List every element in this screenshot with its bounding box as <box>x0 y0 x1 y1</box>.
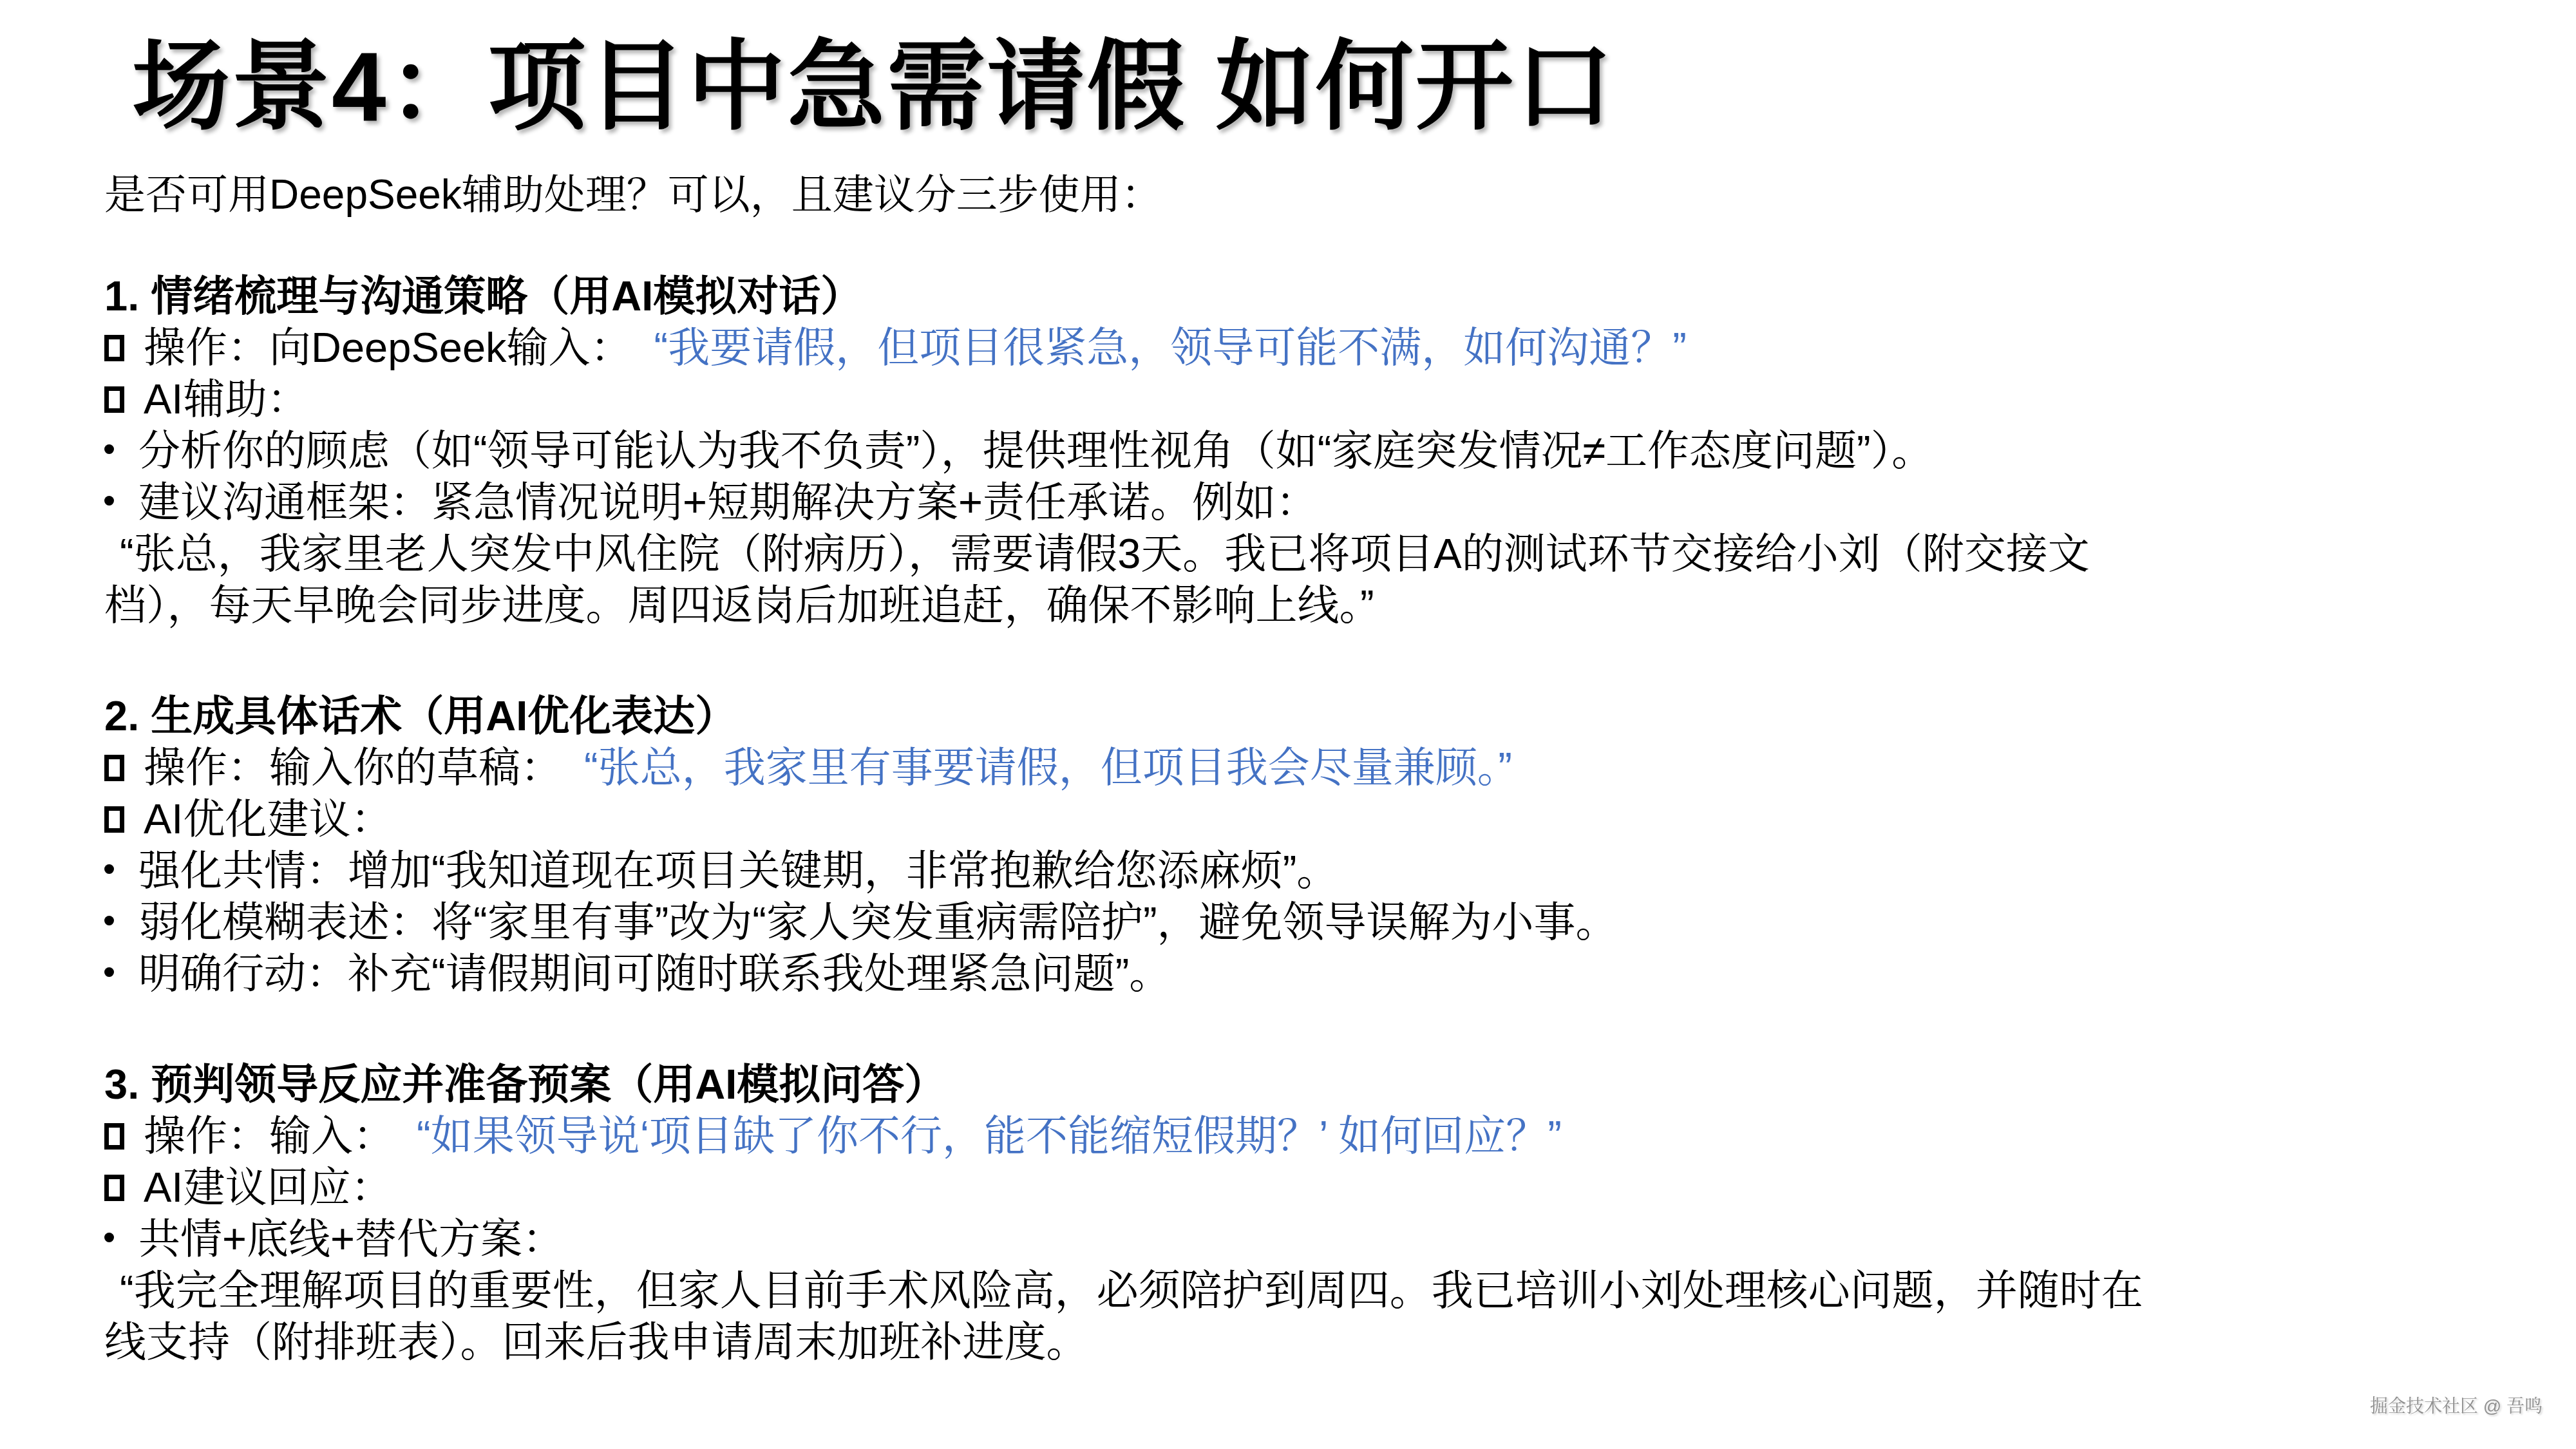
section-2-heading: 2. 生成具体话术（用AI优化表达） <box>104 690 2500 742</box>
section-3-ai-line: AI建议回应： <box>104 1162 2500 1213</box>
checkbox-icon <box>104 806 124 833</box>
action-label: 操作：向DeepSeek输入： <box>144 324 632 371</box>
section-1-example-quote-line-1: “张总，我家里老人突发中风住院（附病历），需要请假3天。我已将项目A的测试环节交… <box>104 528 2500 580</box>
bullet-text: 强化共情：增加“我知道现在项目关键期，非常抱歉给您添麻烦”。 <box>138 847 1338 894</box>
section-1-action-line: 操作：向DeepSeek输入：“我要请假，但项目很紧急，领导可能不满，如何沟通？… <box>104 322 2500 374</box>
bullet-text: 共情+底线+替代方案： <box>138 1215 564 1262</box>
section-1: 1. 情绪梳理与沟通策略（用AI模拟对话） 操作：向DeepSeek输入：“我要… <box>104 270 2500 631</box>
section-2-ai-line: AI优化建议： <box>104 793 2500 845</box>
section-3-bullet-1: 共情+底线+替代方案： <box>104 1213 2500 1265</box>
page-title: 场景4：项目中急需请假 如何开口 <box>132 32 1615 142</box>
action-label: 操作：输入你的草稿： <box>144 744 562 791</box>
checkbox-icon <box>104 755 124 781</box>
section-3-example-quote-line-1: “我完全理解项目的重要性，但家人目前手术风险高，必须陪护到周四。我已培训小刘处理… <box>104 1265 2500 1316</box>
bullet-icon <box>104 444 114 454</box>
section-3-example-quote-line-2: 线支持（附排班表）。回来后我申请周末加班补进度。 <box>104 1316 2500 1368</box>
bullet-text: 明确行动：补充“请假期间可随时联系我处理紧急问题”。 <box>138 950 1171 997</box>
checkbox-icon <box>104 335 124 361</box>
section-1-ai-line: AI辅助： <box>104 374 2500 425</box>
bullet-text: 弱化模糊表述：将“家里有事”改为“家人突发重病需陪护”，避免领导误解为小事。 <box>138 898 1618 945</box>
bullet-text: 建议沟通框架：紧急情况说明+短期解决方案+责任承诺。例如： <box>138 478 1318 526</box>
checkbox-icon <box>104 386 124 413</box>
section-3-heading: 3. 预判领导反应并准备预案（用AI模拟问答） <box>104 1059 2500 1110</box>
section-2-bullet-2: 弱化模糊表述：将“家里有事”改为“家人突发重病需陪护”，避免领导误解为小事。 <box>104 896 2500 948</box>
section-3-action-line: 操作：输入：“如果领导说‘项目缺了你不行，能不能缩短假期？’ 如何回应？” <box>104 1110 2500 1162</box>
ai-label: AI优化建议： <box>144 795 392 842</box>
section-3: 3. 预判领导反应并准备预案（用AI模拟问答） 操作：输入：“如果领导说‘项目缺… <box>104 1059 2500 1368</box>
section-2: 2. 生成具体话术（用AI优化表达） 操作：输入你的草稿：“张总，我家里有事要请… <box>104 690 2500 999</box>
action-label: 操作：输入： <box>144 1112 395 1159</box>
section-1-example-quote-line-2: 档），每天早晚会同步进度。周四返岗后加班追赶，确保不影响上线。” <box>104 580 2500 631</box>
bullet-icon <box>104 1233 114 1242</box>
section-1-bullet-2: 建议沟通框架：紧急情况说明+短期解决方案+责任承诺。例如： <box>104 477 2500 528</box>
action-quote-text: “张总，我家里有事要请假，但项目我会尽量兼顾。” <box>584 744 1512 791</box>
ai-label: AI建议回应： <box>144 1164 392 1211</box>
ai-label: AI辅助： <box>144 375 308 422</box>
section-2-bullet-1: 强化共情：增加“我知道现在项目关键期，非常抱歉给您添麻烦”。 <box>104 845 2500 896</box>
watermark: 掘金技术社区 @ 吾鸣 <box>2370 1392 2543 1418</box>
bullet-icon <box>104 864 114 874</box>
content: 1. 情绪梳理与沟通策略（用AI模拟对话） 操作：向DeepSeek输入：“我要… <box>104 270 2500 1427</box>
section-2-action-line: 操作：输入你的草稿：“张总，我家里有事要请假，但项目我会尽量兼顾。” <box>104 742 2500 793</box>
section-2-bullet-3: 明确行动：补充“请假期间可随时联系我处理紧急问题”。 <box>104 948 2500 999</box>
checkbox-icon <box>104 1123 124 1150</box>
bullet-icon <box>104 916 114 925</box>
checkbox-icon <box>104 1175 124 1201</box>
bullet-icon <box>104 967 114 977</box>
subtitle: 是否可用DeepSeek辅助处理？可以，且建议分三步使用： <box>104 169 1162 220</box>
bullet-icon <box>104 496 114 506</box>
bullet-text: 分析你的顾虑（如“领导可能认为我不负责”），提供理性视角（如“家庭突发情况≠工作… <box>138 427 1933 474</box>
action-quote-text: “如果领导说‘项目缺了你不行，能不能缩短假期？’ 如何回应？” <box>417 1112 1562 1159</box>
section-1-heading: 1. 情绪梳理与沟通策略（用AI模拟对话） <box>104 270 2500 322</box>
section-1-bullet-1: 分析你的顾虑（如“领导可能认为我不负责”），提供理性视角（如“家庭突发情况≠工作… <box>104 425 2500 477</box>
action-quote-text: “我要请假，但项目很紧急，领导可能不满，如何沟通？” <box>654 324 1687 371</box>
